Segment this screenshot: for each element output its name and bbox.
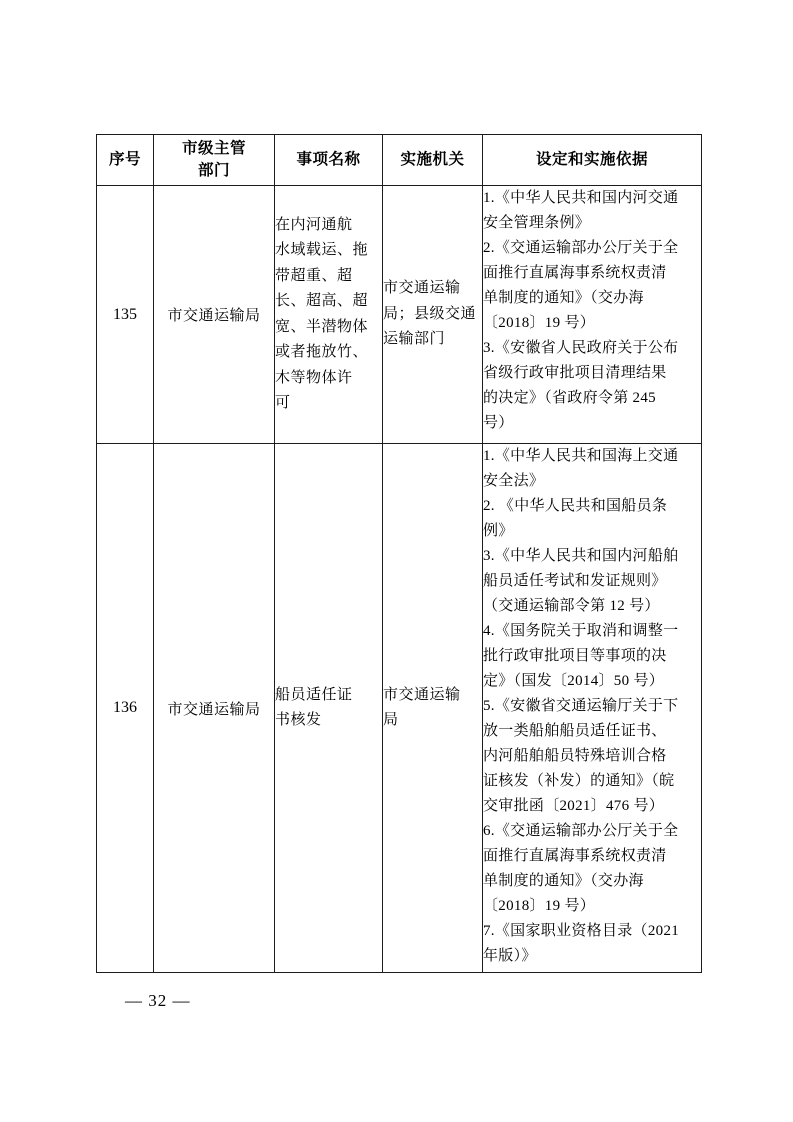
- cell-seq-136: 136: [97, 444, 154, 973]
- cell-basis-136: 1.《中华人民共和国海上交通 安全法》 2. 《中华人民共和国船员条 例》 3.…: [483, 444, 702, 973]
- cell-item-name-136: 船员适任证 书核发: [275, 444, 383, 973]
- header-department: 市级主管 部门: [154, 135, 275, 186]
- cell-item-name-135: 在内河通航 水域载运、拖 带超重、超 长、超高、超 宽、半潜物体 或者拖放竹、 …: [275, 186, 383, 444]
- administrative-items-table: 序号 市级主管 部门 事项名称 实施机关 设定和实施依据 135 市交通运输局 …: [96, 134, 702, 973]
- cell-agency-136: 市交通运输 局: [383, 444, 483, 973]
- cell-agency-135: 市交通运输 局；县级交通 运输部门: [383, 186, 483, 444]
- cell-department-135: 市交通运输局: [154, 186, 275, 444]
- table-header-row: 序号 市级主管 部门 事项名称 实施机关 设定和实施依据: [97, 135, 702, 186]
- table-row-135: 135 市交通运输局 在内河通航 水域载运、拖 带超重、超 长、超高、超 宽、半…: [97, 186, 702, 444]
- header-item-name: 事项名称: [275, 135, 383, 186]
- header-agency: 实施机关: [383, 135, 483, 186]
- header-basis: 设定和实施依据: [483, 135, 702, 186]
- cell-seq-135: 135: [97, 186, 154, 444]
- header-seq: 序号: [97, 135, 154, 186]
- document-page: 序号 市级主管 部门 事项名称 实施机关 设定和实施依据 135 市交通运输局 …: [0, 0, 793, 1122]
- page-number: — 32 —: [125, 991, 191, 1011]
- table-row-136: 136 市交通运输局 船员适任证 书核发 市交通运输 局 1.《中华人民共和国海…: [97, 444, 702, 973]
- cell-department-136: 市交通运输局: [154, 444, 275, 973]
- cell-basis-135: 1.《中华人民共和国内河交通 安全管理条例》 2.《交通运输部办公厅关于全 面推…: [483, 186, 702, 444]
